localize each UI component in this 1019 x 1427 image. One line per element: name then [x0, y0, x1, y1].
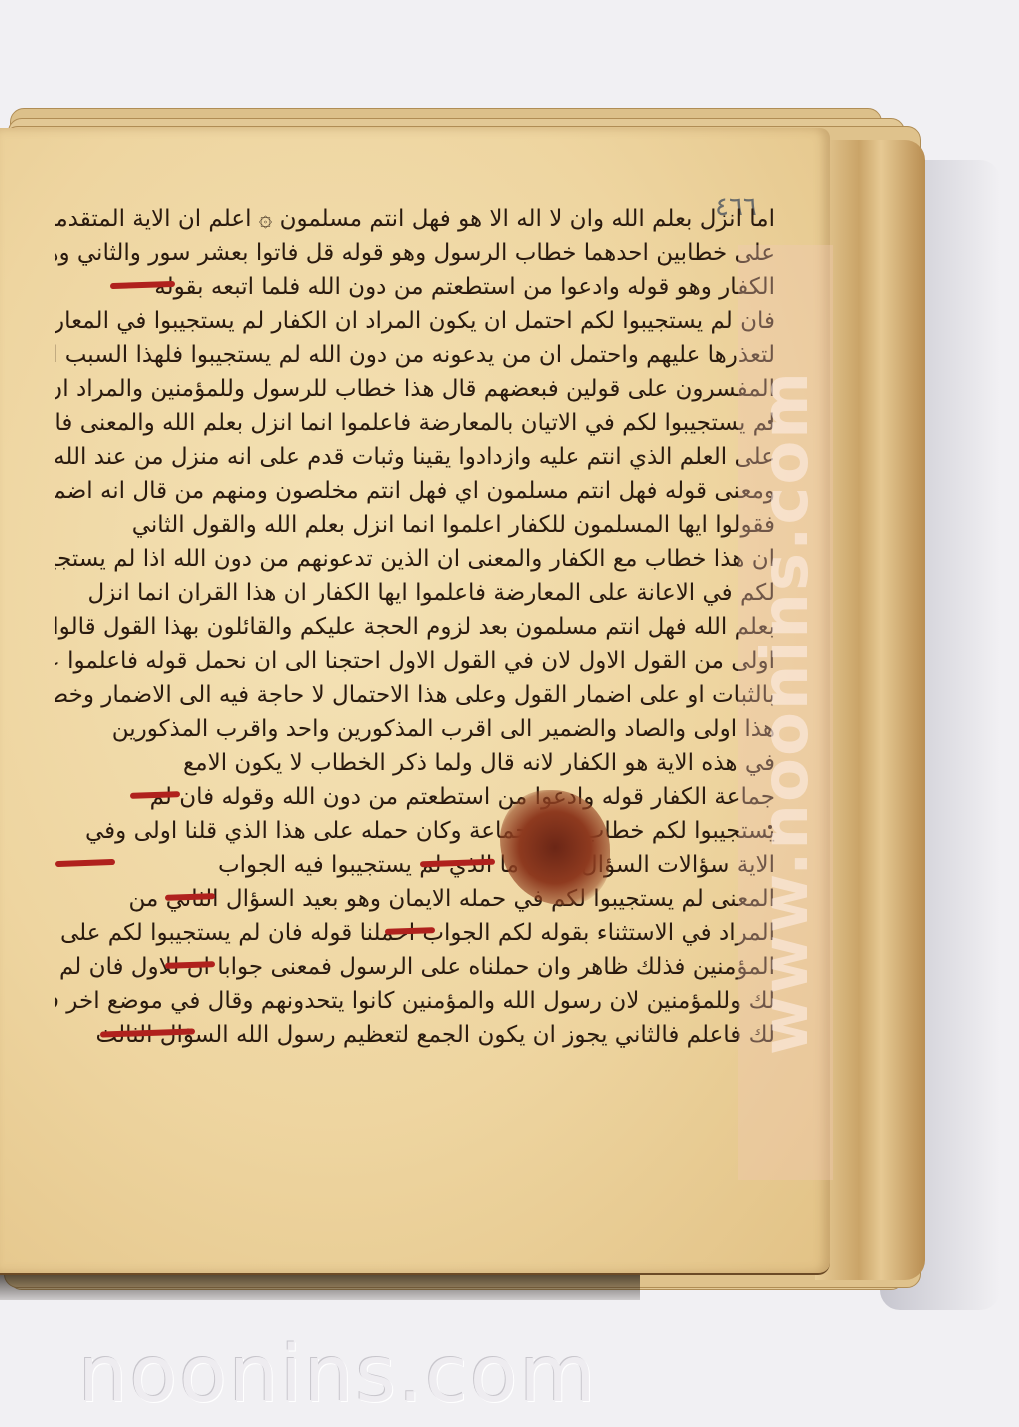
watermark-bottom: noonins.com — [78, 1330, 597, 1420]
text-line: فقولوا ايها المسلمون للكفار اعلموا انما … — [55, 508, 775, 542]
text-line: لكم في الاعانة على المعارضة فاعلموا ايها… — [55, 576, 775, 610]
text-line: المفسرون على قولين فبعضهم قال هذا خطاب ل… — [55, 372, 775, 406]
text-line: على العلم الذي انتم عليه وازدادوا يقينا … — [55, 440, 775, 474]
text-line: لتعذرها عليهم واحتمل ان من يدعونه من دون… — [55, 338, 775, 372]
text-line: لم يستجيبوا لكم في الاتيان بالمعارضة فاع… — [55, 406, 775, 440]
text-line: فان لم يستجيبوا لكم احتمل ان يكون المراد… — [55, 304, 775, 338]
rubric-mark — [130, 791, 180, 799]
text-line: ان هذا خطاب مع الكفار والمعنى ان الذين ت… — [55, 542, 775, 576]
text-line: بالثبات او على اضمار القول وعلى هذا الاح… — [55, 678, 775, 712]
text-line: لك فاعلم فالثاني يجوز ان يكون الجمع لتعظ… — [55, 1018, 775, 1052]
rubric-mark — [420, 859, 495, 868]
text-line: المراد في الاستثناء بقوله لكم الجواب احم… — [55, 916, 775, 950]
text-line: اما انزل بعلم الله وان لا اله الا هو فهل… — [55, 202, 775, 236]
rubric-mark — [100, 1028, 195, 1037]
text-line: المعنى لم يستجيبوا لكم في حمله الايمان و… — [55, 882, 775, 916]
text-line: الكفار وهو قوله وادعوا من استطعتم من دون… — [55, 270, 775, 304]
text-line: بعلم الله فهل انتم مسلمون بعد لزوم الحجة… — [55, 610, 775, 644]
text-line: على خطابين احدهما خطاب الرسول وهو قوله ق… — [55, 236, 775, 270]
rubric-mark — [385, 927, 435, 935]
text-line: لك وللمؤمنين لان رسول الله والمؤمنين كان… — [55, 984, 775, 1018]
text-line: يستجيبوا لكم خطاب مع الجماعة وكان حمله ع… — [55, 814, 775, 848]
text-line: هذا اولى والصاد والضمير الى اقرب المذكور… — [55, 712, 775, 746]
text-line: الاية سؤالات السؤال الاول ما الذي لم يست… — [55, 848, 775, 882]
text-line: اولى من القول الاول لان في القول الاول ا… — [55, 644, 775, 678]
rubric-mark — [110, 281, 175, 289]
rubric-mark — [165, 893, 215, 901]
text-line: المؤمنين فذلك ظاهر وان حملناه على الرسول… — [55, 950, 775, 984]
rubric-mark — [165, 961, 215, 969]
rubric-mark — [55, 859, 115, 867]
watermark-vertical: www.noonins.com — [738, 245, 833, 1180]
text-line: في هذه الاية هو الكفار لانه قال ولما ذكر… — [55, 746, 775, 780]
text-line: ومعنى قوله فهل انتم مسلمون اي فهل انتم م… — [55, 474, 775, 508]
manuscript-text: اما انزل بعلم الله وان لا اله الا هو فهل… — [55, 202, 775, 1052]
text-line: جماعة الكفار قوله وادعوا من استطعتم من د… — [55, 780, 775, 814]
